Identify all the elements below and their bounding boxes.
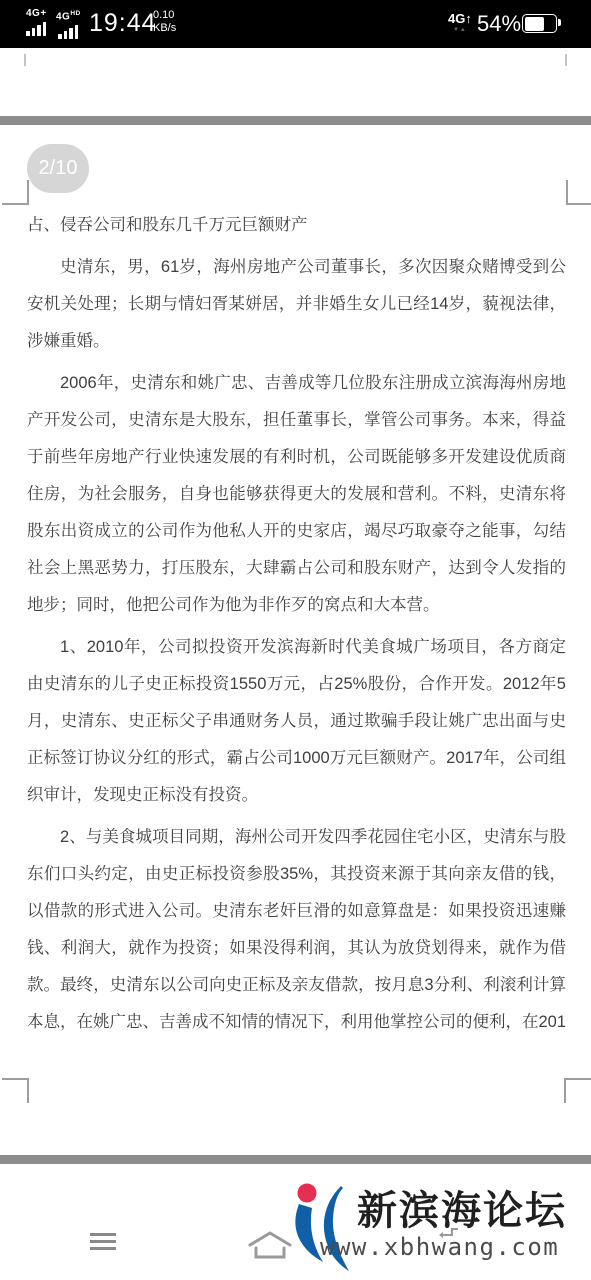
network-type-label: 4G+ [26,9,47,19]
paragraph: 2006年，史清东和姚广忠、吉善成等几位股东注册成立滨海海州房地产开发公司，史清… [27,365,566,624]
document-line: 月，史清东、史正标父子串通财务人员，通过欺骗手段让姚广忠出面与史 [27,703,566,740]
battery-icon [522,14,557,33]
document-text: 占、侵吞公司和股东几千万元巨额财产史清东，男，61岁，海州房地产公司董事长，多次… [27,207,566,1041]
hamburger-icon [90,1233,116,1236]
document-line: 安机关处理；长期与情妇胥某姘居，并非婚生女儿已经14岁，藐视法律， [27,286,566,323]
logo-small-swoosh [295,1204,323,1262]
page-edge-mark-right [565,54,567,66]
document-line: 本息，在姚广忠、吉善成不知情的情况下，利用他掌控公司的便利，在201 [27,1004,566,1041]
document-line: 钱、利润大，就作为投资；如果没得利润，其认为放贷划得来，就作为借 [27,930,566,967]
battery-fill [525,17,544,31]
document-line: 2006年，史清东和姚广忠、吉善成等几位股东注册成立滨海海州房地 [27,365,566,402]
updown-arrows-icon: ▼▲ [448,27,472,33]
clock: 19:44 [89,9,157,38]
logo-red-dot [298,1184,317,1203]
paragraph: 2、与美食城项目同期，海州公司开发四季花园住宅小区，史清东与股东们口头约定，由史… [27,819,566,1041]
page-indicator-badge: 2/10 [27,144,89,193]
network-type-label: 4G [56,11,70,22]
paragraph: 1、2010年，公司拟投资开发滨海新时代美食城广场项目，各方商定由史清东的儿子史… [27,629,566,814]
battery-nub [558,19,561,26]
document-line: 社会上黑恶势力，打压股东，大肆霸占公司和股东财产，达到令人发指的 [27,550,566,587]
document-line: 东们口头约定，由史正标投资参股35%，其投资来源于其向亲友借的钱， [27,856,566,893]
paragraph: 占、侵吞公司和股东几千万元巨额财产 [27,207,566,244]
hd-badge: HD [70,10,80,17]
photo-top-border [0,116,591,125]
signal-bars-icon [26,21,47,36]
document-line: 地步；同时，他把公司作为他为非作歹的窝点和大本营。 [27,587,566,624]
crop-mark-bottom-left [2,1078,29,1103]
watermark-site-url: www.xbhwang.com [320,1233,559,1261]
forum-logo-icon [285,1176,357,1276]
document-line: 于前些年房地产行业快速发展的有利时机，公司既能够多开发建设优质商 [27,439,566,476]
photo-bottom-border [0,1155,591,1164]
document-line: 涉嫌重婚。 [27,323,566,360]
document-line: 产开发公司，史清东是大股东，担任董事长，掌管公司事务。本来，得益 [27,402,566,439]
document-line: 款。最终，史清东以公司向史正标及亲友借款，按月息3分利、利滚利计算 [27,967,566,1004]
signal-icon-sim2: 4GHD [56,9,81,39]
page-edge-mark-left [24,54,26,66]
document-line: 织审计，发现史正标没有投资。 [27,777,566,814]
crop-mark-bottom-right [564,1078,591,1103]
watermark-site-name: 新滨海论坛 [357,1190,567,1232]
signal-icon-sim1: 4G+ [26,9,47,36]
speed-value: 0.10 [153,9,174,21]
network-speed: 0.10 KB/s [153,9,176,35]
document-line: 2、与美食城项目同期，海州公司开发四季花园住宅小区，史清东与股 [27,819,566,856]
document-line: 史清东，男，61岁，海州房地产公司董事长，多次因聚众赌博受到公 [27,249,566,286]
crop-mark-top-right [566,180,591,205]
crop-mark-top-left [2,180,29,205]
document-line: 住房，为社会服务，自身也能够获得更大的发展和营利。不料，史清东将 [27,476,566,513]
document-line: 正标签订协议分红的形式，霸占公司1000万元巨额财产。2017年，公司组 [27,740,566,777]
document-line: 由史清东的儿子史正标投资1550万元，占25%股份，合作开发。2012年5 [27,666,566,703]
document-line: 股东出资成立的公司作为他私人开的史家店，竭尽巧取豪夺之能事，勾结 [27,513,566,550]
document-line: 占、侵吞公司和股东几千万元巨额财产 [27,207,566,244]
signal-bars-icon [56,24,81,39]
page-indicator-text: 2/10 [39,157,78,180]
status-bar: 4G+ 4GHD 19:44 0.10 KB/s 4G↑ ▼▲ 54% [0,0,591,48]
mobile-data-icon: 4G↑ ▼▲ [448,11,472,33]
speed-unit: KB/s [153,22,176,34]
menu-button[interactable] [90,1233,116,1250]
battery-percentage: 54% [477,11,521,37]
document-line: 以借款的形式进入公司。史清东老奸巨滑的如意算盘是：如果投资迅速赚 [27,893,566,930]
document-line: 1、2010年，公司拟投资开发滨海新时代美食城广场项目，各方商定 [27,629,566,666]
paragraph: 史清东，男，61岁，海州房地产公司董事长，多次因聚众赌博受到公安机关处理；长期与… [27,249,566,360]
